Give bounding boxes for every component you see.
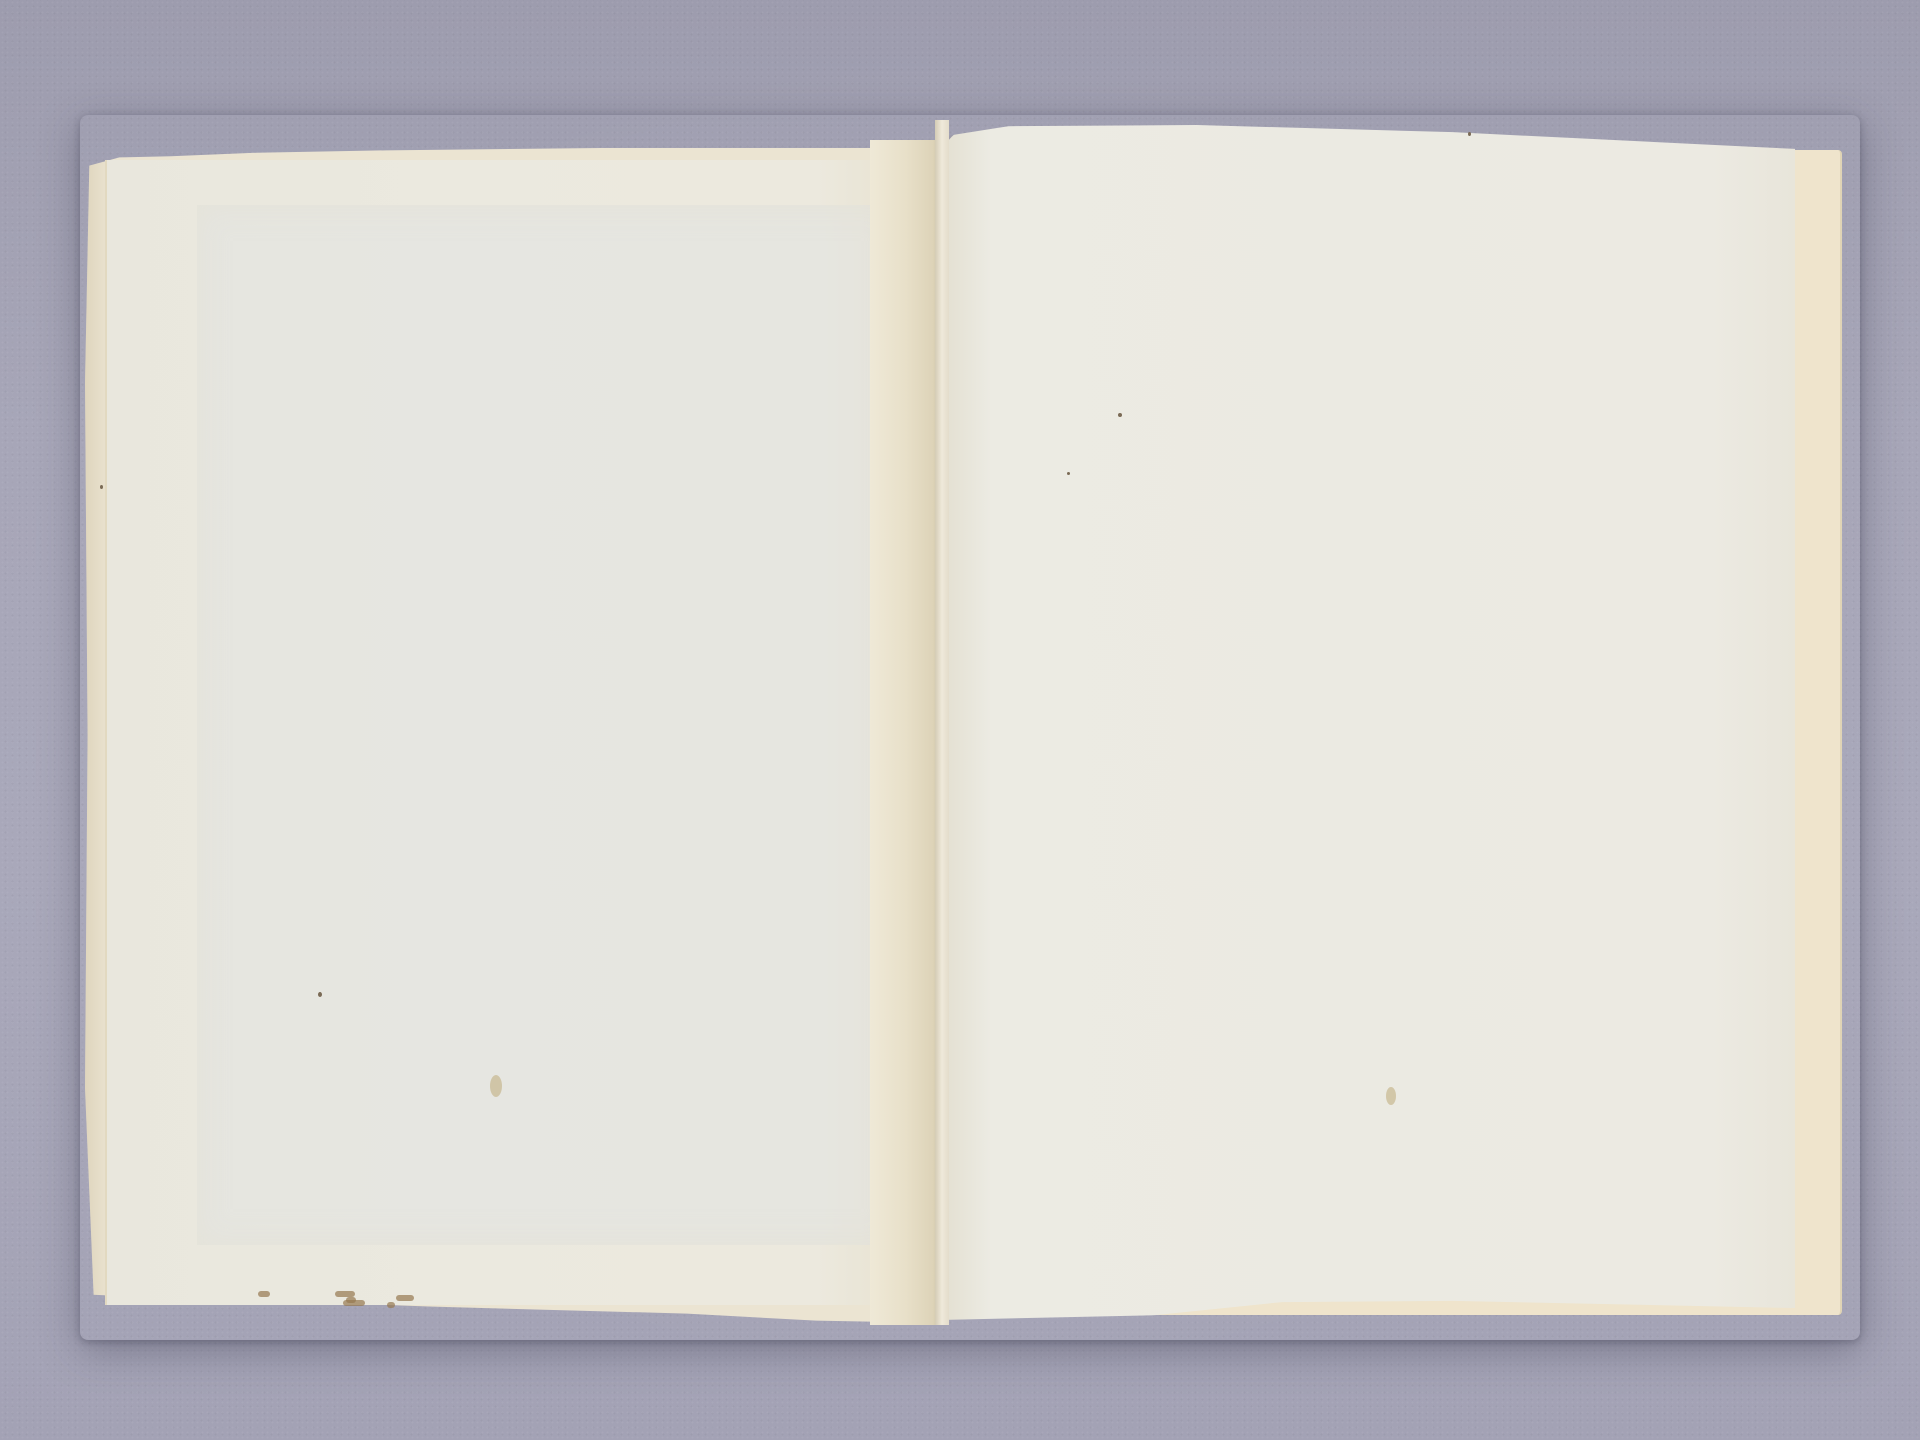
- left-blank-page: [105, 160, 942, 1305]
- speck: [1468, 132, 1471, 136]
- worn-edge: [396, 1295, 414, 1301]
- right-blank-page: [940, 125, 1795, 1320]
- speck: [1118, 413, 1122, 417]
- speck: [1067, 472, 1070, 475]
- speck: [318, 992, 322, 997]
- stain: [1386, 1087, 1396, 1105]
- worn-edge: [258, 1291, 270, 1297]
- left-page-pastedown-area: [197, 205, 897, 1245]
- speck: [100, 485, 103, 489]
- left-hinge: [870, 140, 940, 1325]
- photo-scene: [0, 0, 1920, 1440]
- worn-edge: [387, 1302, 395, 1308]
- stain: [490, 1075, 502, 1097]
- worn-edge: [346, 1297, 356, 1303]
- book-gutter: [935, 120, 949, 1325]
